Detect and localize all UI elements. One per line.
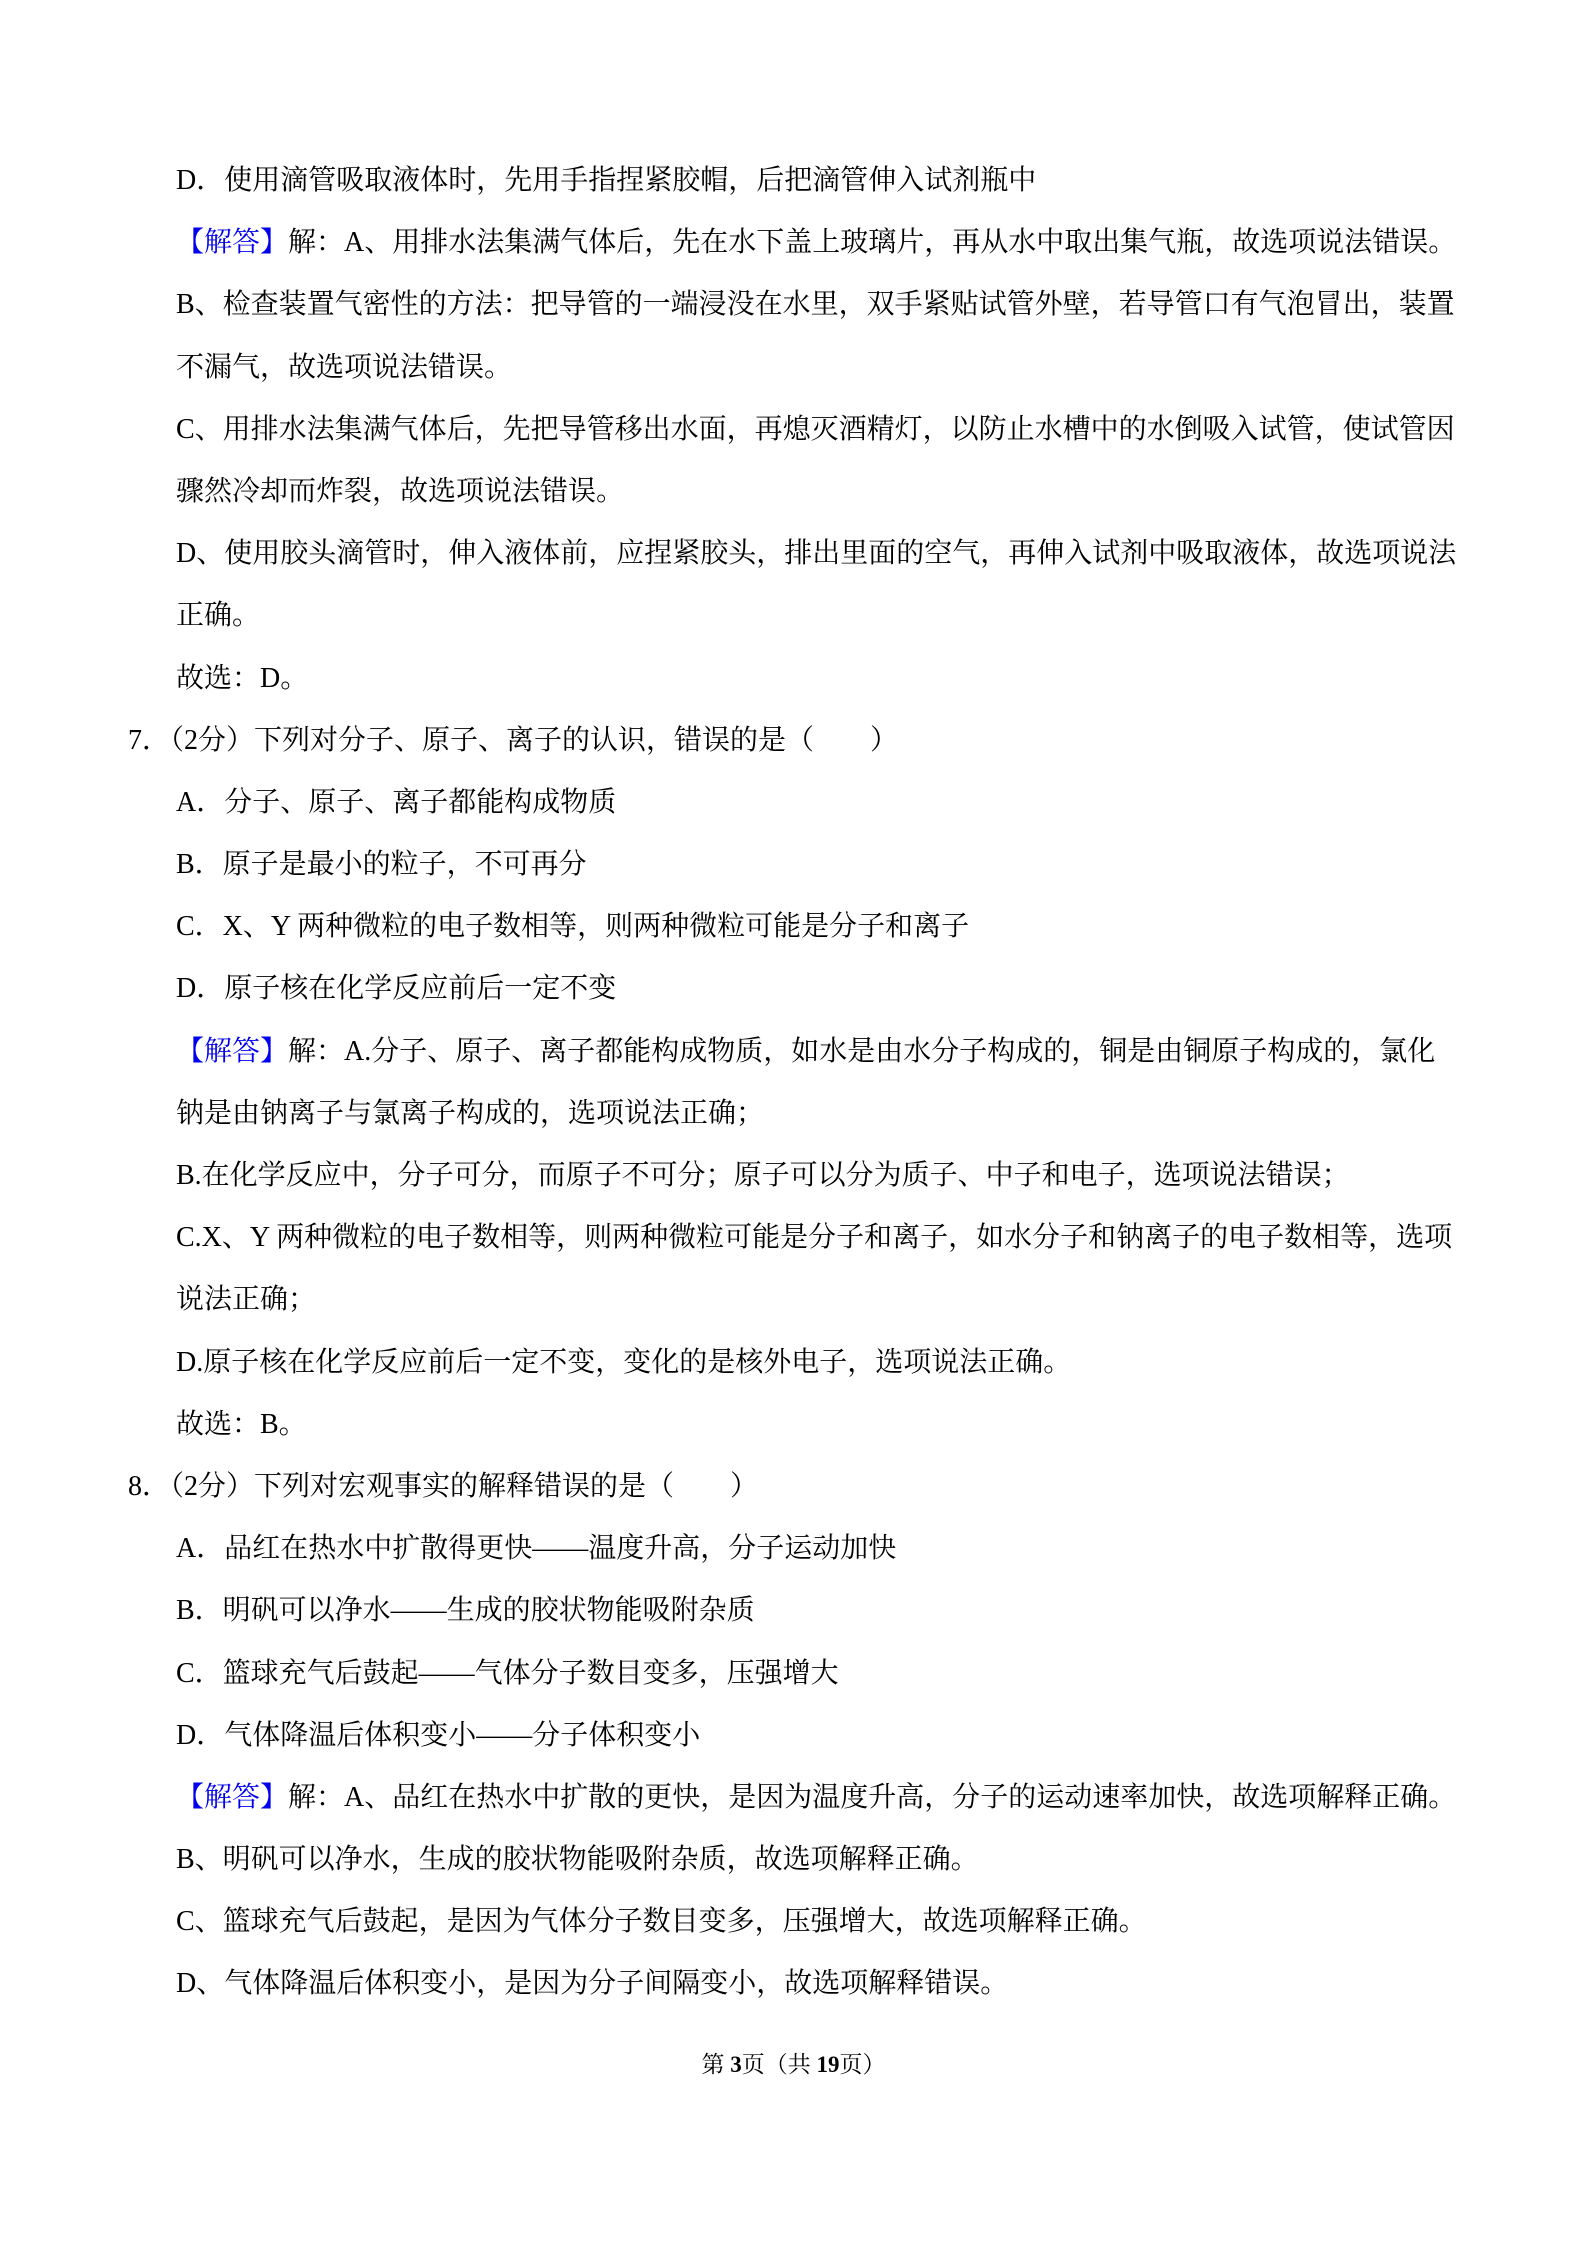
text-segment: D、气体降温后体积变小，是因为分子间隔变小，故选项解释错误。 [176, 1968, 1008, 1999]
text-line: 钠是由钠离子与氯离子构成的，选项说法正确； [0, 1083, 1587, 1145]
text-line: D．气体降温后体积变小——分子体积变小 [0, 1705, 1587, 1767]
text-segment: D．原子核在化学反应前后一定不变 [176, 973, 616, 1004]
footer-total-pages: 19 [817, 2052, 840, 2077]
text-line: D、使用胶头滴管时，伸入液体前，应捏紧胶头，排出里面的空气，再伸入试剂中吸取液体… [0, 523, 1587, 585]
text-segment: C、用排水法集满气体后，先把导管移出水面，再熄灭酒精灯，以防止水槽中的水倒吸入试… [176, 414, 1455, 445]
text-segment: 正确。 [176, 600, 260, 631]
text-line: A．分子、原子、离子都能构成物质 [0, 772, 1587, 834]
text-segment: C．篮球充气后鼓起——气体分子数目变多，压强增大 [176, 1658, 839, 1689]
text-line: 说法正确； [0, 1269, 1587, 1331]
text-segment: B、检查装置气密性的方法：把导管的一端浸没在水里，双手紧贴试管外壁，若导管口有气… [176, 289, 1455, 320]
text-segment: D．气体降温后体积变小——分子体积变小 [176, 1720, 700, 1751]
text-segment: 说法正确； [176, 1284, 316, 1315]
text-line: B.在化学反应中，分子可分，而原子不可分；原子可以分为质子、中子和电子，选项说法… [0, 1145, 1587, 1207]
text-segment: C.X、Y 两种微粒的电子数相等，则两种微粒可能是分子和离子，如水分子和钠离子的… [176, 1222, 1452, 1253]
text-segment: 故选：B。 [176, 1409, 307, 1440]
text-segment: B、明矾可以净水，生成的胶状物能吸附杂质，故选项解释正确。 [176, 1844, 979, 1875]
text-line: 正确。 [0, 585, 1587, 647]
text-line: C、用排水法集满气体后，先把导管移出水面，再熄灭酒精灯，以防止水槽中的水倒吸入试… [0, 399, 1587, 461]
text-line: D．原子核在化学反应前后一定不变 [0, 958, 1587, 1020]
answer-label: 【解答】 [176, 1782, 288, 1813]
answer-label: 【解答】 [176, 1036, 288, 1067]
text-line: 骤然冷却而炸裂，故选项说法错误。 [0, 461, 1587, 523]
text-segment: 不漏气，故选项说法错误。 [176, 352, 512, 383]
text-segment: A．分子、原子、离子都能构成物质 [176, 787, 616, 818]
text-line: C．X、Y 两种微粒的电子数相等，则两种微粒可能是分子和离子 [0, 896, 1587, 958]
text-line: C．篮球充气后鼓起——气体分子数目变多，压强增大 [0, 1643, 1587, 1705]
text-segment: D、使用胶头滴管时，伸入液体前，应捏紧胶头，排出里面的空气，再伸入试剂中吸取液体… [176, 538, 1456, 569]
text-line: 故选：D。 [0, 648, 1587, 710]
text-segment: 解：A、用排水法集满气体后，先在水下盖上玻璃片，再从水中取出集气瓶，故选项说法错… [288, 227, 1456, 258]
document-lines: D．使用滴管吸取液体时，先用手指捏紧胶帽，后把滴管伸入试剂瓶中【解答】解：A、用… [0, 150, 1587, 2016]
text-segment: A．品红在热水中扩散得更快——温度升高，分子运动加快 [176, 1533, 896, 1564]
text-segment: 解：A、品红在热水中扩散的更快，是因为温度升高，分子的运动速率加快，故选项解释正… [288, 1782, 1456, 1813]
text-line: C.X、Y 两种微粒的电子数相等，则两种微粒可能是分子和离子，如水分子和钠离子的… [0, 1207, 1587, 1269]
text-segment: C．X、Y 两种微粒的电子数相等，则两种微粒可能是分子和离子 [176, 911, 969, 942]
text-line: D、气体降温后体积变小，是因为分子间隔变小，故选项解释错误。 [0, 1953, 1587, 2015]
footer-page-number: 3 [730, 2052, 742, 2077]
answer-label: 【解答】 [176, 227, 288, 258]
text-segment: C、篮球充气后鼓起，是因为气体分子数目变多，压强增大，故选项解释正确。 [176, 1906, 1147, 1937]
text-line: D．使用滴管吸取液体时，先用手指捏紧胶帽，后把滴管伸入试剂瓶中 [0, 150, 1587, 212]
text-segment: 故选：D。 [176, 663, 308, 694]
text-segment: 钠是由钠离子与氯离子构成的，选项说法正确； [176, 1098, 764, 1129]
footer-label: 页（共 [742, 2052, 817, 2077]
page-footer: 第 3页（共 19页） [0, 2046, 1587, 2079]
text-line: 【解答】解：A.分子、原子、离子都能构成物质，如水是由水分子构成的，铜是由铜原子… [0, 1021, 1587, 1083]
document-page: D．使用滴管吸取液体时，先用手指捏紧胶帽，后把滴管伸入试剂瓶中【解答】解：A、用… [0, 0, 1587, 2245]
text-line: B、明矾可以净水，生成的胶状物能吸附杂质，故选项解释正确。 [0, 1829, 1587, 1891]
text-segment: 解：A.分子、原子、离子都能构成物质，如水是由水分子构成的，铜是由铜原子构成的，… [288, 1036, 1435, 1067]
text-line: 【解答】解：A、品红在热水中扩散的更快，是因为温度升高，分子的运动速率加快，故选… [0, 1767, 1587, 1829]
text-line: A．品红在热水中扩散得更快——温度升高，分子运动加快 [0, 1518, 1587, 1580]
footer-label: 页） [840, 2052, 886, 2077]
text-line: 【解答】解：A、用排水法集满气体后，先在水下盖上玻璃片，再从水中取出集气瓶，故选… [0, 212, 1587, 274]
text-line: B．原子是最小的粒子，不可再分 [0, 834, 1587, 896]
text-segment: B.在化学反应中，分子可分，而原子不可分；原子可以分为质子、中子和电子，选项说法… [176, 1160, 1350, 1191]
text-segment: 8．（2分）下列对宏观事实的解释错误的是（ ） [128, 1471, 758, 1502]
text-line: 7．（2分）下列对分子、原子、离子的认识，错误的是（ ） [0, 710, 1587, 772]
footer-label: 第 [702, 2052, 731, 2077]
text-line: B．明矾可以净水——生成的胶状物能吸附杂质 [0, 1580, 1587, 1642]
text-segment: D．使用滴管吸取液体时，先用手指捏紧胶帽，后把滴管伸入试剂瓶中 [176, 165, 1036, 196]
text-segment: B．明矾可以净水——生成的胶状物能吸附杂质 [176, 1595, 755, 1626]
text-line: D.原子核在化学反应前后一定不变，变化的是核外电子，选项说法正确。 [0, 1332, 1587, 1394]
text-segment: D.原子核在化学反应前后一定不变，变化的是核外电子，选项说法正确。 [176, 1347, 1071, 1378]
text-segment: B．原子是最小的粒子，不可再分 [176, 849, 587, 880]
text-line: 故选：B。 [0, 1394, 1587, 1456]
text-segment: 骤然冷却而炸裂，故选项说法错误。 [176, 476, 624, 507]
text-segment: 7．（2分）下列对分子、原子、离子的认识，错误的是（ ） [128, 725, 898, 756]
text-line: 8．（2分）下列对宏观事实的解释错误的是（ ） [0, 1456, 1587, 1518]
text-line: C、篮球充气后鼓起，是因为气体分子数目变多，压强增大，故选项解释正确。 [0, 1891, 1587, 1953]
text-line: B、检查装置气密性的方法：把导管的一端浸没在水里，双手紧贴试管外壁，若导管口有气… [0, 274, 1587, 336]
text-line: 不漏气，故选项说法错误。 [0, 337, 1587, 399]
